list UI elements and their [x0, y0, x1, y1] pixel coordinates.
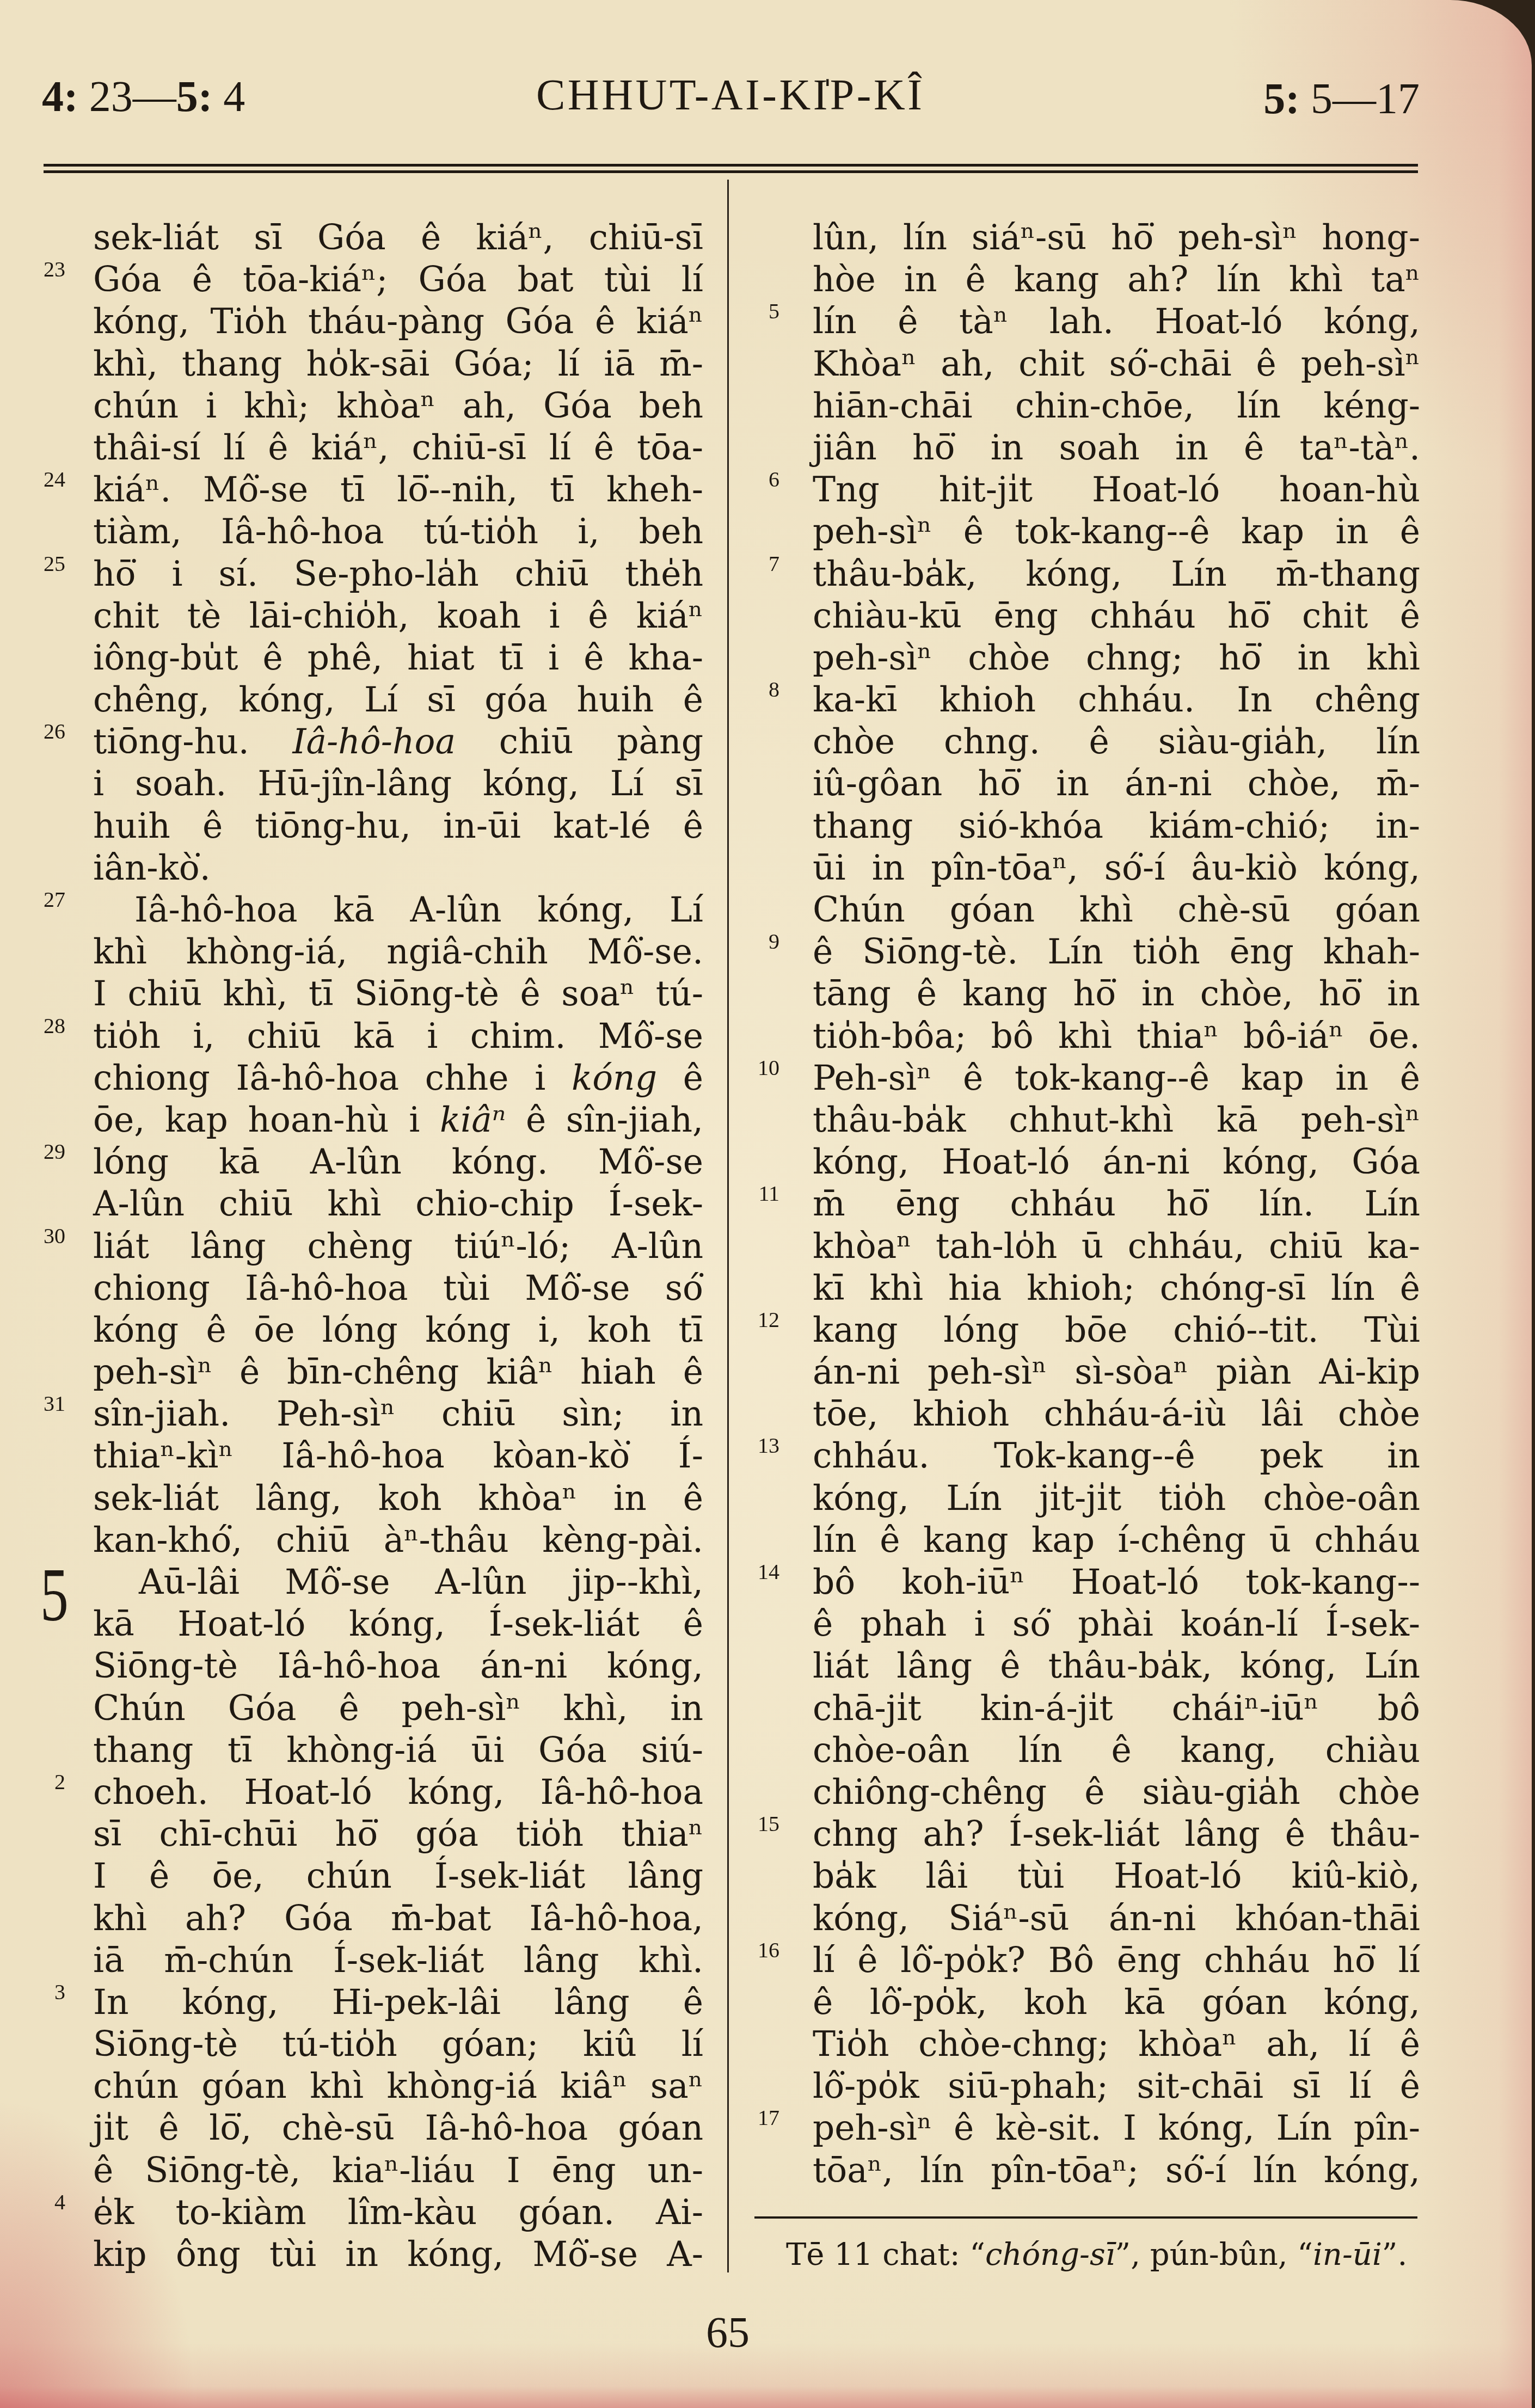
- line-text: iā m̄-chún Í-sek-liát lâng khì.: [93, 1940, 703, 1980]
- text-line: chiong Iâ-hô-hoa tùi Mô͘-se só͘: [93, 1267, 703, 1309]
- line-text: tiàm, Iâ-hô-hoa tú-tio̍h i, beh: [93, 512, 703, 551]
- text-line: 4e̍k to-kiàm lîm-kàu góan. Ai-: [93, 2191, 703, 2233]
- text-line: kóng, Tio̍h tháu-pàng Góa ê kiáⁿ: [93, 300, 703, 342]
- text-line: tōe, khioh chháu-á-iù lâi chòe: [813, 1393, 1420, 1435]
- text-line: chêng, kóng, Lí sī góa huih ê: [93, 679, 703, 721]
- verse-number: 5: [769, 300, 779, 322]
- text-line: 8ka-kī khioh chháu. In chêng: [813, 679, 1420, 721]
- text-line: khì khòng-iá, ngiâ-chih Mô͘-se.: [93, 931, 703, 973]
- line-text: Peh-sìⁿ ê tok-kang--ê kap in ê: [813, 1058, 1420, 1098]
- line-text: ji̍t ê lō͘, chè-sū Iâ-hô-hoa góan: [93, 2108, 703, 2148]
- verse-number: 28: [44, 1015, 65, 1037]
- text-line: ji̍t ê lō͘, chè-sū Iâ-hô-hoa góan: [93, 2107, 703, 2149]
- text-line: hiān-chāi chin-chōe, lín kéng-: [813, 385, 1420, 427]
- line-text: sek-liát lâng, koh khòaⁿ in ê: [93, 1478, 703, 1518]
- text-line: thiaⁿ-kìⁿ Iâ-hô-hoa kòan-kò͘ Í-: [93, 1435, 703, 1477]
- line-text: chún i khì; khòaⁿ ah, Góa beh: [93, 386, 703, 426]
- text-line: thâu-ba̍k chhut-khì kā peh-sìⁿ: [813, 1099, 1420, 1141]
- text-line: 17peh-sìⁿ ê kè-sit. I kóng, Lín pîn-: [813, 2107, 1420, 2149]
- verse-number: 30: [44, 1225, 65, 1247]
- line-text: án-ni peh-sìⁿ sì-sòaⁿ piàn Ai-kip: [813, 1352, 1420, 1392]
- line-text: kang lóng bōe chió--tit. Tùi: [813, 1310, 1420, 1350]
- text-line: Tio̍h chòe-chng; khòaⁿ ah, lí ê: [813, 2023, 1420, 2065]
- line-text: kóng, Tio̍h tháu-pàng Góa ê kiáⁿ: [93, 302, 703, 341]
- footnote-text: ”.: [1382, 2237, 1407, 2272]
- line-text: ba̍k lâi tùi Hoat-ló kiû-kiò,: [813, 1856, 1420, 1896]
- text-line: i soah. Hū-jîn-lâng kóng, Lí sī: [93, 763, 703, 804]
- line-text: ūi in pîn-tōaⁿ, só͘-í âu-kiò kóng,: [813, 848, 1420, 888]
- line-text: thang tī khòng-iá ūi Góa siú-: [93, 1730, 703, 1770]
- column-divider: [727, 180, 729, 2272]
- text-line: chā-ji̍t kin-á-ji̍t cháiⁿ-iūⁿ bô: [813, 1687, 1420, 1729]
- line-text: Tio̍h chòe-chng; khòaⁿ ah, lí ê: [813, 2024, 1420, 2064]
- line-text: Chún Góa ê peh-sìⁿ khì, in: [93, 1688, 703, 1728]
- text-line: 14bô koh-iūⁿ Hoat-ló tok-kang--: [813, 1561, 1420, 1603]
- line-text: bô koh-iūⁿ Hoat-ló tok-kang--: [813, 1562, 1420, 1602]
- text-line: 29lóng kā A-lûn kóng. Mô͘-se: [93, 1141, 703, 1183]
- line-text: Chún góan khì chè-sū góan: [813, 890, 1420, 930]
- text-line: 10Peh-sìⁿ ê tok-kang--ê kap in ê: [813, 1057, 1420, 1099]
- line-text: chng ah? Í-sek-liát lâng ê thâu-: [813, 1814, 1420, 1854]
- text-line: kóng ê ōe lóng kóng i, koh tī: [93, 1309, 703, 1351]
- text-line: 30liát lâng chèng tiúⁿ-ló; A-lûn: [93, 1225, 703, 1267]
- line-text: Iâ-hô-hoa kā A-lûn kóng, Lí: [134, 890, 703, 930]
- verse-number: 11: [758, 1183, 779, 1205]
- line-text: sek-liát sī Góa ê kiáⁿ, chiū-sī: [93, 218, 703, 257]
- line-text: chháu. Tok-kang--ê pek in: [813, 1436, 1420, 1476]
- text-line: 26tiōng-hu. Iâ-hô-hoa chiū pàng: [93, 721, 703, 763]
- line-text: tio̍h-bôa; bô khì thiaⁿ bô-iáⁿ ōe.: [813, 1016, 1420, 1056]
- line-text: peh-sìⁿ ê bīn-chêng kiâⁿ hiah ê: [93, 1352, 703, 1392]
- footnote-text: ”, pún-bûn, “: [1115, 2237, 1313, 2272]
- verse-number: 14: [758, 1561, 779, 1583]
- line-text: thâu-ba̍k, kóng, Lín m̄-thang: [813, 554, 1420, 594]
- line-text: Tng hit-ji̍t Hoat-ló hoan-hù: [813, 470, 1420, 509]
- text-line: án-ni peh-sìⁿ sì-sòaⁿ piàn Ai-kip: [813, 1351, 1420, 1393]
- line-text: chêng, kóng, Lí sī góa huih ê: [93, 680, 703, 720]
- verse-number: 8: [769, 679, 779, 701]
- verse-number: 23: [44, 259, 65, 280]
- text-line: 2choeh. Hoat-ló kóng, Iâ-hô-hoa: [93, 1771, 703, 1813]
- verse-number: 15: [758, 1813, 779, 1835]
- text-line: kī khì hia khioh; chóng-sī lín ê: [813, 1267, 1420, 1309]
- line-text: kóng, Lín ji̍t-ji̍t tio̍h chòe-oân: [813, 1478, 1420, 1518]
- text-line: ê phah i só͘ phài koán-lí Í-sek-: [813, 1603, 1420, 1645]
- line-text: hiān-chāi chin-chōe, lín kéng-: [813, 386, 1420, 426]
- book-page: 4: 23—5: 4 CHHUT-AI-KI̍P-KÎ 5: 5—17 5 se…: [0, 0, 1532, 2408]
- text-line: Aū-lâi Mô͘-se A-lûn jip--khì,: [93, 1561, 703, 1603]
- verse-number: 4: [54, 2191, 65, 2213]
- line-text: khì, thang ho̍k-sāi Góa; lí iā m̄-: [93, 344, 703, 384]
- line-text: kan-khó͘, chiū àⁿ-thâu kèng-pài.: [93, 1520, 703, 1560]
- line-text: ê Siōng-tè. Lín tio̍h ēng khah-: [813, 932, 1420, 972]
- text-line: iân-kò͘.: [93, 847, 703, 889]
- verse-number: 29: [44, 1141, 65, 1163]
- text-line: lín ê kang kap í-chêng ū chháu: [813, 1519, 1420, 1561]
- line-text: ka-kī khioh chháu. In chêng: [813, 680, 1420, 720]
- line-text: chòe chng. ê siàu-gia̍h, lín: [813, 722, 1420, 761]
- text-line: iā m̄-chún Í-sek-liát lâng khì.: [93, 1939, 703, 1981]
- line-text: tāng ê kang hō͘ in chòe, hō͘ in: [813, 974, 1420, 1013]
- line-text: hō͘ i sí. Se-pho-la̍h chiū the̍h: [93, 554, 703, 594]
- line-text: thang sió-khóa kiám-chió; in-: [813, 806, 1420, 846]
- text-line: kip ông tùi in kóng, Mô͘-se A-: [93, 2233, 703, 2275]
- text-line: ba̍k lâi tùi Hoat-ló kiû-kiò,: [813, 1855, 1420, 1897]
- line-text: ê Siōng-tè, kiaⁿ-liáu I ēng un-: [93, 2151, 703, 2190]
- text-line: ūi in pîn-tōaⁿ, só͘-í âu-kiò kóng,: [813, 847, 1420, 889]
- text-line: 11m̄ ēng chháu hō͘ lín. Lín: [813, 1183, 1420, 1225]
- text-line: lûn, lín siáⁿ-sū hō͘ peh-sìⁿ hong-: [813, 217, 1420, 259]
- italic-text: kiâⁿ: [440, 1100, 506, 1140]
- text-line: A-lûn chiū khì chio-chip Í-sek-: [93, 1183, 703, 1225]
- line-text: liát lâng chèng tiúⁿ-ló; A-lûn: [93, 1226, 703, 1266]
- text-line: 31sîn-jiah. Peh-sìⁿ chiū sìn; in: [93, 1393, 703, 1435]
- footnote: Tē 11 chat: “chóng-sī”, pún-bûn, “in-ūi”…: [786, 2240, 1407, 2270]
- line-text: huih ê tiōng-hu, in-ūi kat-lé ê: [93, 806, 703, 846]
- text-line: Khòaⁿ ah, chit só͘-chāi ê peh-sìⁿ: [813, 343, 1420, 385]
- verse-number: 13: [758, 1435, 779, 1457]
- text-line: 12kang lóng bōe chió--tit. Tùi: [813, 1309, 1420, 1351]
- running-title: CHHUT-AI-KI̍P-KÎ: [536, 73, 924, 117]
- text-line: 27Iâ-hô-hoa kā A-lûn kóng, Lí: [93, 889, 703, 931]
- text-line: thang tī khòng-iá ūi Góa siú-: [93, 1729, 703, 1771]
- text-line: peh-sìⁿ ê tok-kang--ê kap in ê: [813, 511, 1420, 552]
- text-line: peh-sìⁿ chòe chng; hō͘ in khì: [813, 637, 1420, 679]
- header-verse: 5—17: [1300, 75, 1420, 123]
- text-line: sek-liát sī Góa ê kiáⁿ, chiū-sī: [93, 217, 703, 259]
- header-chapter: 4:: [42, 73, 78, 121]
- line-text: thâi-sí lí ê kiáⁿ, chiū-sī lí ê tōa-: [93, 428, 703, 468]
- italic-text: kóng: [572, 1058, 657, 1098]
- line-text: kóng, Hoat-ló án-ni kóng, Góa: [813, 1142, 1420, 1182]
- text-line: kā Hoat-ló kóng, Í-sek-liát ê: [93, 1603, 703, 1645]
- text-line: kóng, Siáⁿ-sū án-ni khóan-thāi: [813, 1897, 1420, 1939]
- verse-number: 31: [44, 1393, 65, 1415]
- text-line: chòe chng. ê siàu-gia̍h, lín: [813, 721, 1420, 763]
- line-text: liát lâng ê thâu-ba̍k, kóng, Lín: [813, 1646, 1420, 1686]
- header-rule-bottom: [44, 170, 1418, 173]
- text-line: ê lô͘-po̍k, koh kā góan kóng,: [813, 1981, 1420, 2023]
- line-text: kī khì hia khioh; chóng-sī lín ê: [813, 1268, 1420, 1308]
- line-text: I chiū khì, tī Siōng-tè ê soaⁿ tú-: [93, 974, 703, 1013]
- text-line: 5lín ê tàⁿ lah. Hoat-ló kóng,: [813, 300, 1420, 342]
- line-text: ê phah i só͘ phài koán-lí Í-sek-: [813, 1604, 1420, 1644]
- text-line: Chún Góa ê peh-sìⁿ khì, in: [93, 1687, 703, 1729]
- line-text: khì khòng-iá, ngiâ-chih Mô͘-se.: [93, 932, 703, 972]
- verse-number: 7: [769, 553, 779, 575]
- text-line: khì ah? Góa m̄-bat Iâ-hô-hoa,: [93, 1897, 703, 1939]
- text-line: khòaⁿ tah-lo̍h ū chháu, chiū ka-: [813, 1225, 1420, 1267]
- text-line: tiàm, Iâ-hô-hoa tú-tio̍h i, beh: [93, 511, 703, 552]
- text-line: sī chī-chūi hō͘ góa tio̍h thiaⁿ: [93, 1813, 703, 1855]
- line-text: chiong Iâ-hô-hoa tùi Mô͘-se só͘: [93, 1268, 703, 1308]
- verse-number: 3: [54, 1981, 65, 2003]
- text-line: liát lâng ê thâu-ba̍k, kóng, Lín: [813, 1645, 1420, 1687]
- left-column: sek-liát sī Góa ê kiáⁿ, chiū-sī 23Góa ê …: [93, 217, 703, 2275]
- line-text: chòe-oân lín ê kang, chiàu: [813, 1730, 1420, 1770]
- text-line: I chiū khì, tī Siōng-tè ê soaⁿ tú-: [93, 973, 703, 1015]
- line-text: Góa ê tōa-kiáⁿ; Góa bat tùi lí: [93, 260, 703, 299]
- header-verse: 4: [212, 73, 245, 121]
- text-line: chún góan khì khòng-iá kiâⁿ saⁿ: [93, 2065, 703, 2107]
- line-text: iân-kò͘.: [93, 848, 211, 888]
- text-line: sek-liát lâng, koh khòaⁿ in ê: [93, 1477, 703, 1519]
- line-text: e̍k to-kiàm lîm-kàu góan. Ai-: [93, 2192, 703, 2232]
- text-line: 28tio̍h i, chiū kā i chim. Mô͘-se: [93, 1015, 703, 1057]
- header-range-start: 4: 23—5: 4: [42, 75, 245, 119]
- verse-number: 9: [769, 931, 779, 953]
- page-number: 65: [701, 2311, 755, 2355]
- line-text: lín ê kang kap í-chêng ū chháu: [813, 1520, 1420, 1560]
- text-line: 16lí ê lô͘-po̍k? Bô ēng chháu hō͘ lí: [813, 1939, 1420, 1981]
- text-line: hòe in ê kang ah? lín khì taⁿ: [813, 259, 1420, 300]
- text-line: 24kiáⁿ. Mô͘-se tī lō͘--nih, tī kheh-: [93, 469, 703, 511]
- line-text: kā Hoat-ló kóng, Í-sek-liát ê: [93, 1604, 703, 1644]
- text-line: thâi-sí lí ê kiáⁿ, chiū-sī lí ê tōa-: [93, 427, 703, 469]
- header-range-end: 5: 5—17: [1263, 77, 1420, 121]
- verse-number: 6: [769, 469, 779, 490]
- line-text: A-lûn chiū khì chio-chip Í-sek-: [93, 1184, 703, 1224]
- line-text: kip ông tùi in kóng, Mô͘-se A-: [93, 2234, 703, 2274]
- text-line: ōe, kap hoan-hù i kiâⁿ ê sîn-jiah,: [93, 1099, 703, 1141]
- italic-text: Iâ-hô-hoa: [293, 722, 456, 761]
- line-text: tio̍h i, chiū kā i chim. Mô͘-se: [93, 1016, 703, 1056]
- line-text: chún góan khì khòng-iá kiâⁿ saⁿ: [93, 2066, 703, 2106]
- text-line: 25hō͘ i sí. Se-pho-la̍h chiū the̍h: [93, 553, 703, 595]
- text-line: 3In kóng, Hi-pek-lâi lâng ê: [93, 1981, 703, 2023]
- verse-number: 27: [44, 889, 65, 911]
- text-line: huih ê tiōng-hu, in-ūi kat-lé ê: [93, 805, 703, 847]
- line-text: chiông-chêng ê siàu-gia̍h chòe: [813, 1772, 1420, 1812]
- line-text: choeh. Hoat-ló kóng, Iâ-hô-hoa: [93, 1772, 703, 1812]
- line-text: peh-sìⁿ chòe chng; hō͘ in khì: [813, 638, 1420, 678]
- line-text: khì ah? Góa m̄-bat Iâ-hô-hoa,: [93, 1899, 703, 1938]
- text-line: iû-gôan hō͘ in án-ni chòe, m̄-: [813, 763, 1420, 804]
- text-line: chiàu-kū ēng chháu hō͘ chit ê: [813, 595, 1420, 637]
- text-line: chún i khì; khòaⁿ ah, Góa beh: [93, 385, 703, 427]
- footnote-rule: [754, 2216, 1417, 2219]
- verse-number: 2: [54, 1771, 65, 1793]
- line-text: sī chī-chūi hō͘ góa tio̍h thiaⁿ: [93, 1814, 703, 1854]
- line-text: tiōng-hu.: [93, 722, 293, 761]
- header-chapter: 5:: [176, 73, 213, 121]
- text-line: chòe-oân lín ê kang, chiàu: [813, 1729, 1420, 1771]
- line-text: khòaⁿ tah-lo̍h ū chháu, chiū ka-: [813, 1226, 1420, 1266]
- text-line: kóng, Hoat-ló án-ni kóng, Góa: [813, 1141, 1420, 1183]
- text-line: Siōng-tè Iâ-hô-hoa án-ni kóng,: [93, 1645, 703, 1687]
- line-text: thiaⁿ-kìⁿ Iâ-hô-hoa kòan-kò͘ Í-: [93, 1436, 703, 1476]
- text-line: chiong Iâ-hô-hoa chhe i kóng ê: [93, 1057, 703, 1099]
- text-line: ê Siōng-tè, kiaⁿ-liáu I ēng un-: [93, 2149, 703, 2191]
- line-text: lûn, lín siáⁿ-sū hō͘ peh-sìⁿ hong-: [813, 218, 1420, 257]
- line-text: ê lô͘-po̍k, koh kā góan kóng,: [813, 1982, 1420, 2022]
- line-text: In kóng, Hi-pek-lâi lâng ê: [93, 1982, 703, 2022]
- text-line: Chún góan khì chè-sū góan: [813, 889, 1420, 931]
- text-line: chiông-chêng ê siàu-gia̍h chòe: [813, 1771, 1420, 1813]
- line-text: ê sîn-jiah,: [506, 1100, 703, 1140]
- verse-number: 16: [758, 1939, 779, 1961]
- text-line: khì, thang ho̍k-sāi Góa; lí iā m̄-: [93, 343, 703, 385]
- line-text: chiū pàng: [456, 722, 703, 761]
- text-line: tāng ê kang hō͘ in chòe, hō͘ in: [813, 973, 1420, 1015]
- line-text: Aū-lâi Mô͘-se A-lûn jip--khì,: [139, 1562, 703, 1602]
- header-verse: 23—: [78, 73, 176, 121]
- line-text: jiân hō͘ in soah in ê taⁿ-tàⁿ.: [813, 428, 1420, 468]
- text-line: kan-khó͘, chiū àⁿ-thâu kèng-pài.: [93, 1519, 703, 1561]
- text-line: 7thâu-ba̍k, kóng, Lín m̄-thang: [813, 553, 1420, 595]
- text-line: 15chng ah? Í-sek-liát lâng ê thâu-: [813, 1813, 1420, 1855]
- line-text: peh-sìⁿ ê kè-sit. I kóng, Lín pîn-: [813, 2108, 1420, 2148]
- text-line: 23Góa ê tōa-kiáⁿ; Góa bat tùi lí: [93, 259, 703, 300]
- line-text: kiáⁿ. Mô͘-se tī lō͘--nih, tī kheh-: [93, 470, 703, 509]
- header-rule-top: [44, 164, 1418, 167]
- verse-number: 17: [758, 2107, 779, 2129]
- line-text: ê: [657, 1058, 703, 1098]
- text-line: 9ê Siōng-tè. Lín tio̍h ēng khah-: [813, 931, 1420, 973]
- text-line: jiân hō͘ in soah in ê taⁿ-tàⁿ.: [813, 427, 1420, 469]
- text-line: Siōng-tè tú-tio̍h góan; kiû lí: [93, 2023, 703, 2065]
- verse-number: 12: [758, 1309, 779, 1331]
- line-text: I ê ōe, chún Í-sek-liát lâng: [93, 1856, 703, 1896]
- text-line: peh-sìⁿ ê bīn-chêng kiâⁿ hiah ê: [93, 1351, 703, 1393]
- text-line: tōaⁿ, lín pîn-tōaⁿ; só͘-í lín kóng,: [813, 2149, 1420, 2191]
- line-text: Khòaⁿ ah, chit só͘-chāi ê peh-sìⁿ: [813, 344, 1420, 384]
- line-text: chit tè lāi-chio̍h, koah i ê kiáⁿ: [93, 596, 703, 636]
- text-line: I ê ōe, chún Í-sek-liát lâng: [93, 1855, 703, 1897]
- line-text: m̄ ēng chháu hō͘ lín. Lín: [813, 1184, 1420, 1224]
- line-text: tōe, khioh chháu-á-iù lâi chòe: [813, 1394, 1420, 1434]
- line-text: ōe, kap hoan-hù i: [93, 1100, 440, 1140]
- line-text: Siōng-tè Iâ-hô-hoa án-ni kóng,: [93, 1646, 703, 1686]
- line-text: thâu-ba̍k chhut-khì kā peh-sìⁿ: [813, 1100, 1420, 1140]
- line-text: sîn-jiah. Peh-sìⁿ chiū sìn; in: [93, 1394, 703, 1434]
- footnote-text: Tē 11 chat: “: [786, 2237, 985, 2272]
- line-text: chā-ji̍t kin-á-ji̍t cháiⁿ-iūⁿ bô: [813, 1688, 1420, 1728]
- verse-number: 10: [758, 1057, 779, 1079]
- line-text: chiong Iâ-hô-hoa chhe i: [93, 1058, 572, 1098]
- text-line: lô͘-po̍k siū-phah; sit-chāi sī lí ê: [813, 2065, 1420, 2107]
- text-line: 6Tng hit-ji̍t Hoat-ló hoan-hù: [813, 469, 1420, 511]
- line-text: peh-sìⁿ ê tok-kang--ê kap in ê: [813, 512, 1420, 551]
- text-line: iông-bu̍t ê phê, hiat tī i ê kha-: [93, 637, 703, 679]
- header-chapter: 5:: [1263, 75, 1300, 123]
- text-line: chit tè lāi-chio̍h, koah i ê kiáⁿ: [93, 595, 703, 637]
- verse-number: 25: [44, 553, 65, 575]
- verse-number: 24: [44, 469, 65, 490]
- line-text: lí ê lô͘-po̍k? Bô ēng chháu hō͘ lí: [813, 1940, 1420, 1980]
- line-text: Siōng-tè tú-tio̍h góan; kiû lí: [93, 2024, 703, 2064]
- verse-number: 26: [44, 721, 65, 742]
- line-text: hòe in ê kang ah? lín khì taⁿ: [813, 260, 1420, 299]
- line-text: lóng kā A-lûn kóng. Mô͘-se: [93, 1142, 703, 1182]
- text-line: thang sió-khóa kiám-chió; in-: [813, 805, 1420, 847]
- line-text: lín ê tàⁿ lah. Hoat-ló kóng,: [813, 302, 1420, 341]
- right-column: lûn, lín siáⁿ-sū hō͘ peh-sìⁿ hong- hòe i…: [813, 217, 1420, 2191]
- line-text: tōaⁿ, lín pîn-tōaⁿ; só͘-í lín kóng,: [813, 2151, 1420, 2190]
- footnote-italic: chóng-sī: [985, 2237, 1115, 2272]
- text-line: tio̍h-bôa; bô khì thiaⁿ bô-iáⁿ ōe.: [813, 1015, 1420, 1057]
- line-text: chiàu-kū ēng chháu hō͘ chit ê: [813, 596, 1420, 636]
- line-text: i soah. Hū-jîn-lâng kóng, Lí sī: [93, 764, 703, 803]
- line-text: iû-gôan hō͘ in án-ni chòe, m̄-: [813, 764, 1420, 803]
- line-text: kóng, Siáⁿ-sū án-ni khóan-thāi: [813, 1899, 1420, 1938]
- line-text: kóng ê ōe lóng kóng i, koh tī: [93, 1310, 703, 1350]
- chapter-number: 5: [40, 1557, 69, 1633]
- footnote-italic: in-ūi: [1313, 2237, 1382, 2272]
- line-text: iông-bu̍t ê phê, hiat tī i ê kha-: [93, 638, 703, 678]
- line-text: lô͘-po̍k siū-phah; sit-chāi sī lí ê: [813, 2066, 1420, 2106]
- text-line: kóng, Lín ji̍t-ji̍t tio̍h chòe-oân: [813, 1477, 1420, 1519]
- text-line: 13chháu. Tok-kang--ê pek in: [813, 1435, 1420, 1477]
